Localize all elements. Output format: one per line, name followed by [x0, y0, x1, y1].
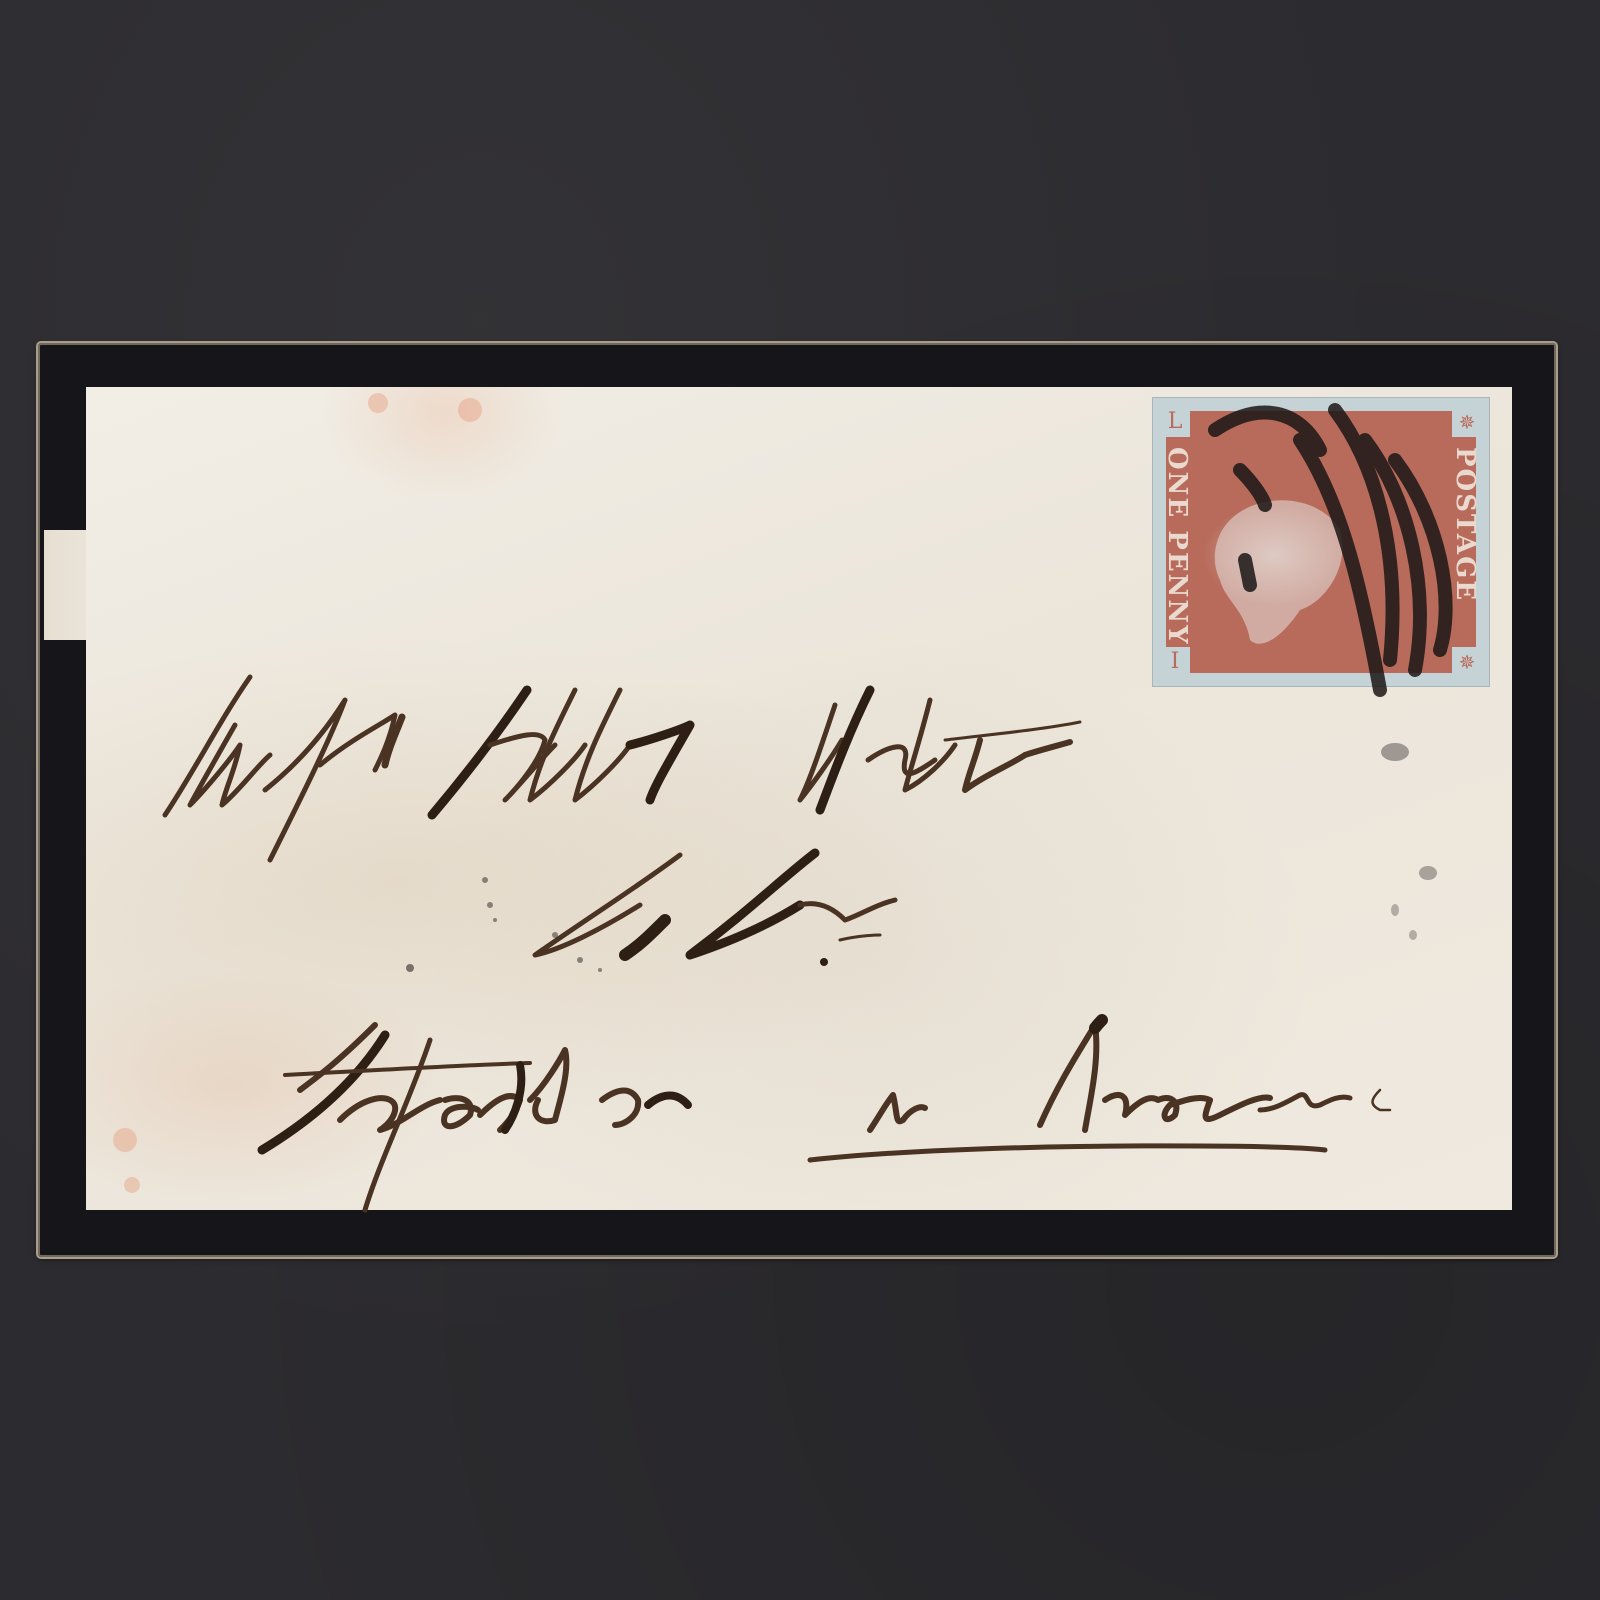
address-line-2-ink [535, 853, 895, 966]
handwriting-layer [0, 0, 1600, 1600]
queen-head-icon [1215, 500, 1343, 643]
address-line-1-ink [165, 677, 1080, 860]
address-line-3-ink [262, 1020, 1390, 1210]
